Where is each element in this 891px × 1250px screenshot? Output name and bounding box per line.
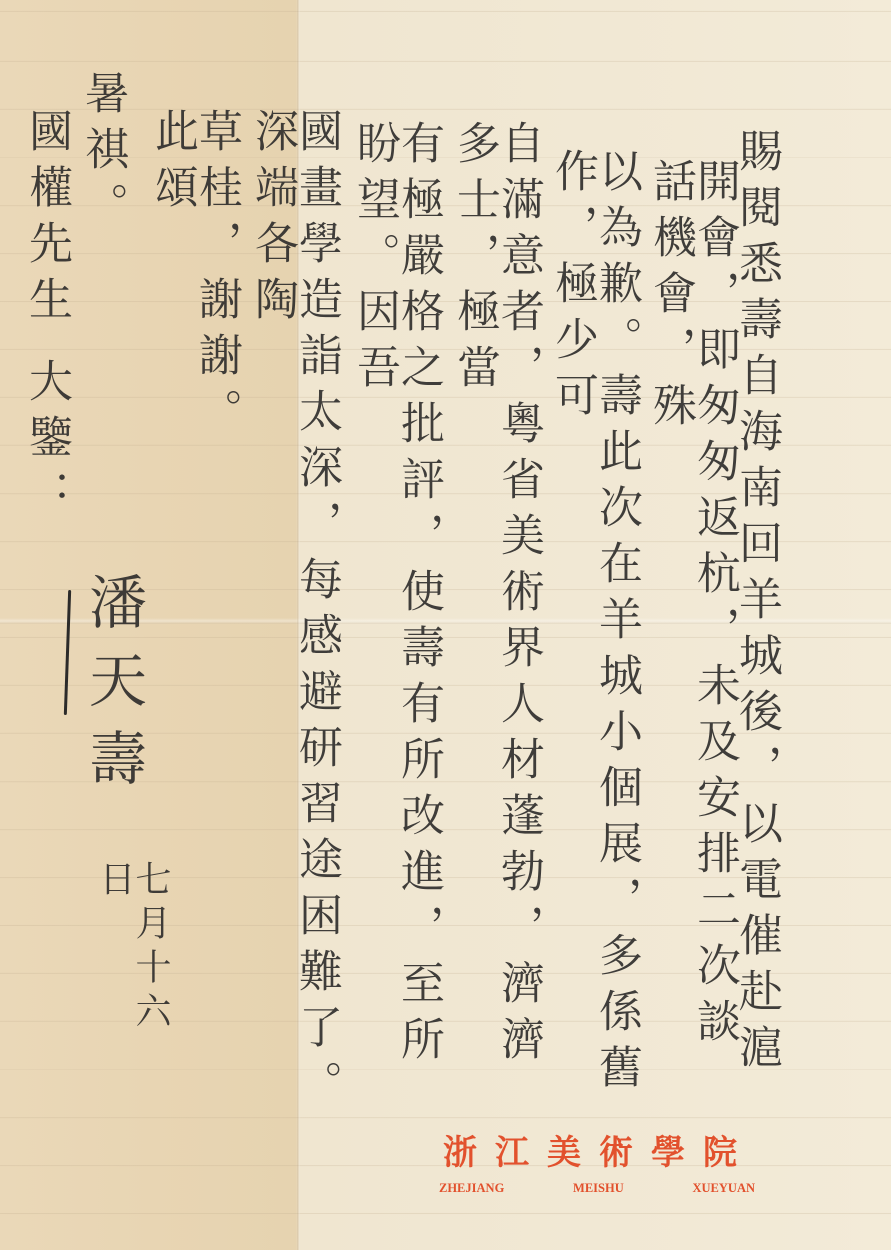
- signature-date: 七月十六日: [96, 860, 168, 1060]
- letterhead-en-word-2: MEISHU: [573, 1181, 624, 1196]
- letter-column-7: 草桂，謝謝。此頌: [150, 108, 238, 488]
- letter-column-4: 自滿意者，粵省美術界人材蓬勃，濟濟多士，極當: [452, 120, 540, 1110]
- letterhead-en-word-3: XUEYUAN: [693, 1181, 756, 1196]
- letter-column-8: 暑祺。: [80, 70, 124, 250]
- letterhead-english: ZHEJIANG MEISHU XUEYUAN: [413, 1181, 773, 1196]
- letter-column-3: 以為歉。壽此次在羊城小個展，多係舊作，極少可: [550, 148, 638, 1108]
- letter-column-6: 國畫學造詣太深，每感避研習途困難了。深端各陶: [250, 108, 338, 1128]
- letterhead: 浙江美術學院 ZHEJIANG MEISHU XUEYUAN: [413, 1133, 773, 1196]
- salutation-column: 國權先生 大鑒：: [24, 108, 68, 548]
- letterhead-chinese: 浙江美術學院: [413, 1133, 773, 1173]
- letter-column-5: 有極嚴格之批評，使壽有所改進，至所盼望。因吾: [352, 120, 440, 1110]
- letter-page: 賜閱悉壽自海南回羊城後，以電催赴滬 開會，即匆匆返杭，未及安排二次談話機會，殊 …: [0, 0, 891, 1250]
- letter-column-1: 賜閱悉壽自海南回羊城後，以電催赴滬: [734, 128, 778, 1108]
- letterhead-en-word-1: ZHEJIANG: [439, 1181, 504, 1196]
- signature-name: 潘天壽: [84, 572, 142, 806]
- letter-column-2: 開會，即匆匆返杭，未及安排二次談話機會，殊: [648, 158, 736, 1108]
